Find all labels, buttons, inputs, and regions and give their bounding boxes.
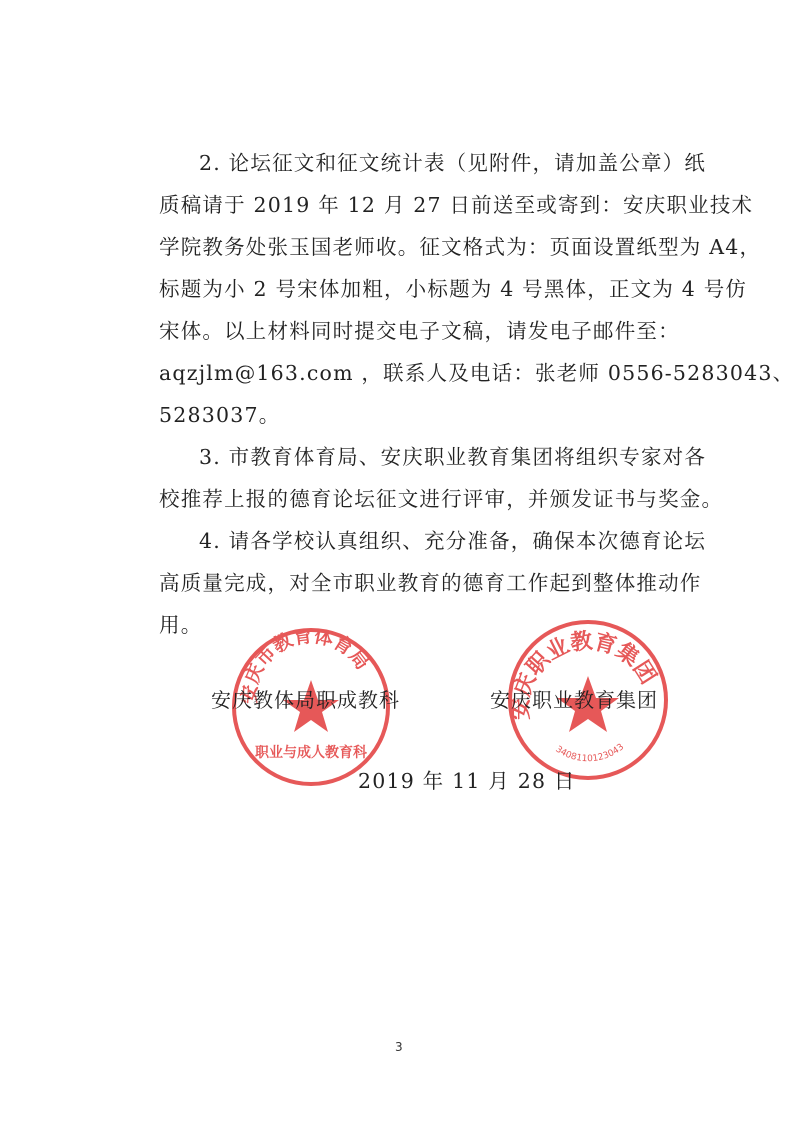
paragraph-4-line-3: 用。 xyxy=(159,612,202,638)
paragraph-4-line-1: 4. 请各学校认真组织、充分准备，确保本次德育论坛 xyxy=(199,528,706,554)
paragraph-2-line-4: 标题为小 2 号宋体加粗，小标题为 4 号黑体，正文为 4 号仿 xyxy=(159,276,747,302)
right-seal-serial-number: 3408110123043 xyxy=(553,742,626,764)
page-number: 3 xyxy=(395,1040,403,1054)
paragraph-3-line-1: 3. 市教育体育局、安庆职业教育集团将组织专家对各 xyxy=(199,444,706,470)
paragraph-2-line-2: 质稿请于 2019 年 12 月 27 日前送至或寄到：安庆职业技术 xyxy=(159,192,753,218)
paragraph-2-line-1: 2. 论坛征文和征文统计表（见附件，请加盖公章）纸 xyxy=(199,150,706,176)
paragraph-4-line-2: 高质量完成，对全市职业教育的德育工作起到整体推动作 xyxy=(159,570,702,596)
paragraph-2-line-5: 宋体。以上材料同时提交电子文稿，请发电子邮件至： xyxy=(159,318,680,344)
paragraph-2-line-7: 5283037。 xyxy=(159,402,280,428)
document-date: 2019 年 11 月 28 日 xyxy=(358,768,576,794)
left-seal-bottom-text: 职业与成人教育科 xyxy=(255,744,368,761)
paragraph-2-line-6: aqzjlm@163.com ，联系人及电话：张老师 0556-5283043、 xyxy=(159,360,794,386)
signature-right: 安庆职业教育集团 xyxy=(490,684,658,713)
svg-text:3408110123043: 3408110123043 xyxy=(553,742,626,764)
paragraph-3-line-2: 校推荐上报的德育论坛征文进行评审，并颁发证书与奖金。 xyxy=(159,486,723,512)
paragraph-2-line-3: 学院教务处张玉国老师收。征文格式为：页面设置纸型为 A4， xyxy=(159,234,761,260)
signature-left: 安庆教体局职成教科 xyxy=(211,684,400,713)
